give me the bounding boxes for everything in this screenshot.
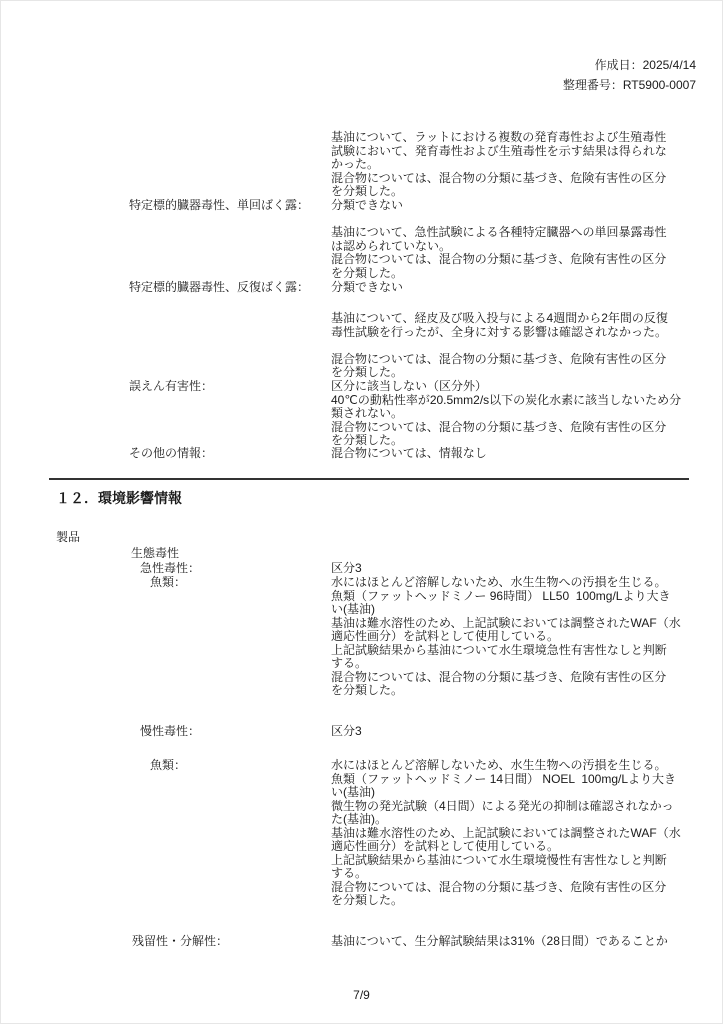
page-number: 7/9	[1, 989, 722, 1003]
stot-single-label: 特定標的臓器毒性、単回ばく露：	[129, 199, 309, 213]
acute-fish-label: 魚類：	[150, 576, 186, 590]
created-date: 作成日：2025/4/14	[563, 55, 696, 75]
stot-repeated-value: 分類できない	[331, 281, 403, 295]
stot-repeated-detail-text: 基油について、経皮及び吸入投与による4週間から2年間の反復 毒性試験を行ったが、…	[331, 312, 668, 380]
reference-number: 整理番号：RT5900-0007	[563, 75, 696, 95]
acute-toxicity-label: 急性毒性：	[140, 562, 200, 576]
stot-single-value: 分類できない	[331, 199, 403, 213]
document-header: 作成日：2025/4/14 整理番号：RT5900-0007	[563, 55, 696, 95]
aspiration-hazard-value: 区分に該当しない（区分外） 40℃の動粘性率が20.5mm2/s以下の炭化水素に…	[331, 380, 681, 448]
repro-toxicity-text: 基油について、ラットにおける複数の発育毒性および生殖毒性 試験において、発育毒性…	[331, 131, 667, 199]
chronic-fish-value: 水にはほとんど溶解しないため、水生生物への汚損を生じる。 魚類（ファットヘッドミ…	[331, 759, 681, 908]
stot-single-detail-text: 基油について、急性試験による各種特定臓器への単回暴露毒性 は認められていない。 …	[331, 226, 667, 280]
sds-document-page: 作成日：2025/4/14 整理番号：RT5900-0007 基油について、ラッ…	[0, 0, 723, 1024]
other-info-label: その他の情報：	[129, 447, 213, 461]
chronic-toxicity-value: 区分3	[331, 725, 362, 739]
other-info-value: 混合物については、情報なし	[331, 447, 487, 461]
chronic-toxicity-label: 慢性毒性：	[140, 725, 200, 739]
persistence-value: 基油について、生分解試験結果は31%（28日間）であることか	[331, 935, 668, 949]
section-divider-line	[49, 478, 689, 480]
section12-heading: １２．環境影響情報	[56, 492, 182, 506]
stot-repeated-label: 特定標的臓器毒性、反復ばく露：	[129, 281, 309, 295]
ecotoxicity-label: 生態毒性	[131, 547, 179, 561]
acute-toxicity-value: 区分3	[331, 562, 362, 576]
aspiration-hazard-label: 誤えん有害性：	[129, 380, 213, 394]
acute-fish-value: 水にはほとんど溶解しないため、水生生物への汚損を生じる。 魚類（ファットヘッドミ…	[331, 576, 681, 698]
product-label: 製品	[56, 531, 80, 545]
chronic-fish-label: 魚類：	[150, 759, 186, 773]
persistence-label: 残留性・分解性：	[132, 935, 228, 949]
